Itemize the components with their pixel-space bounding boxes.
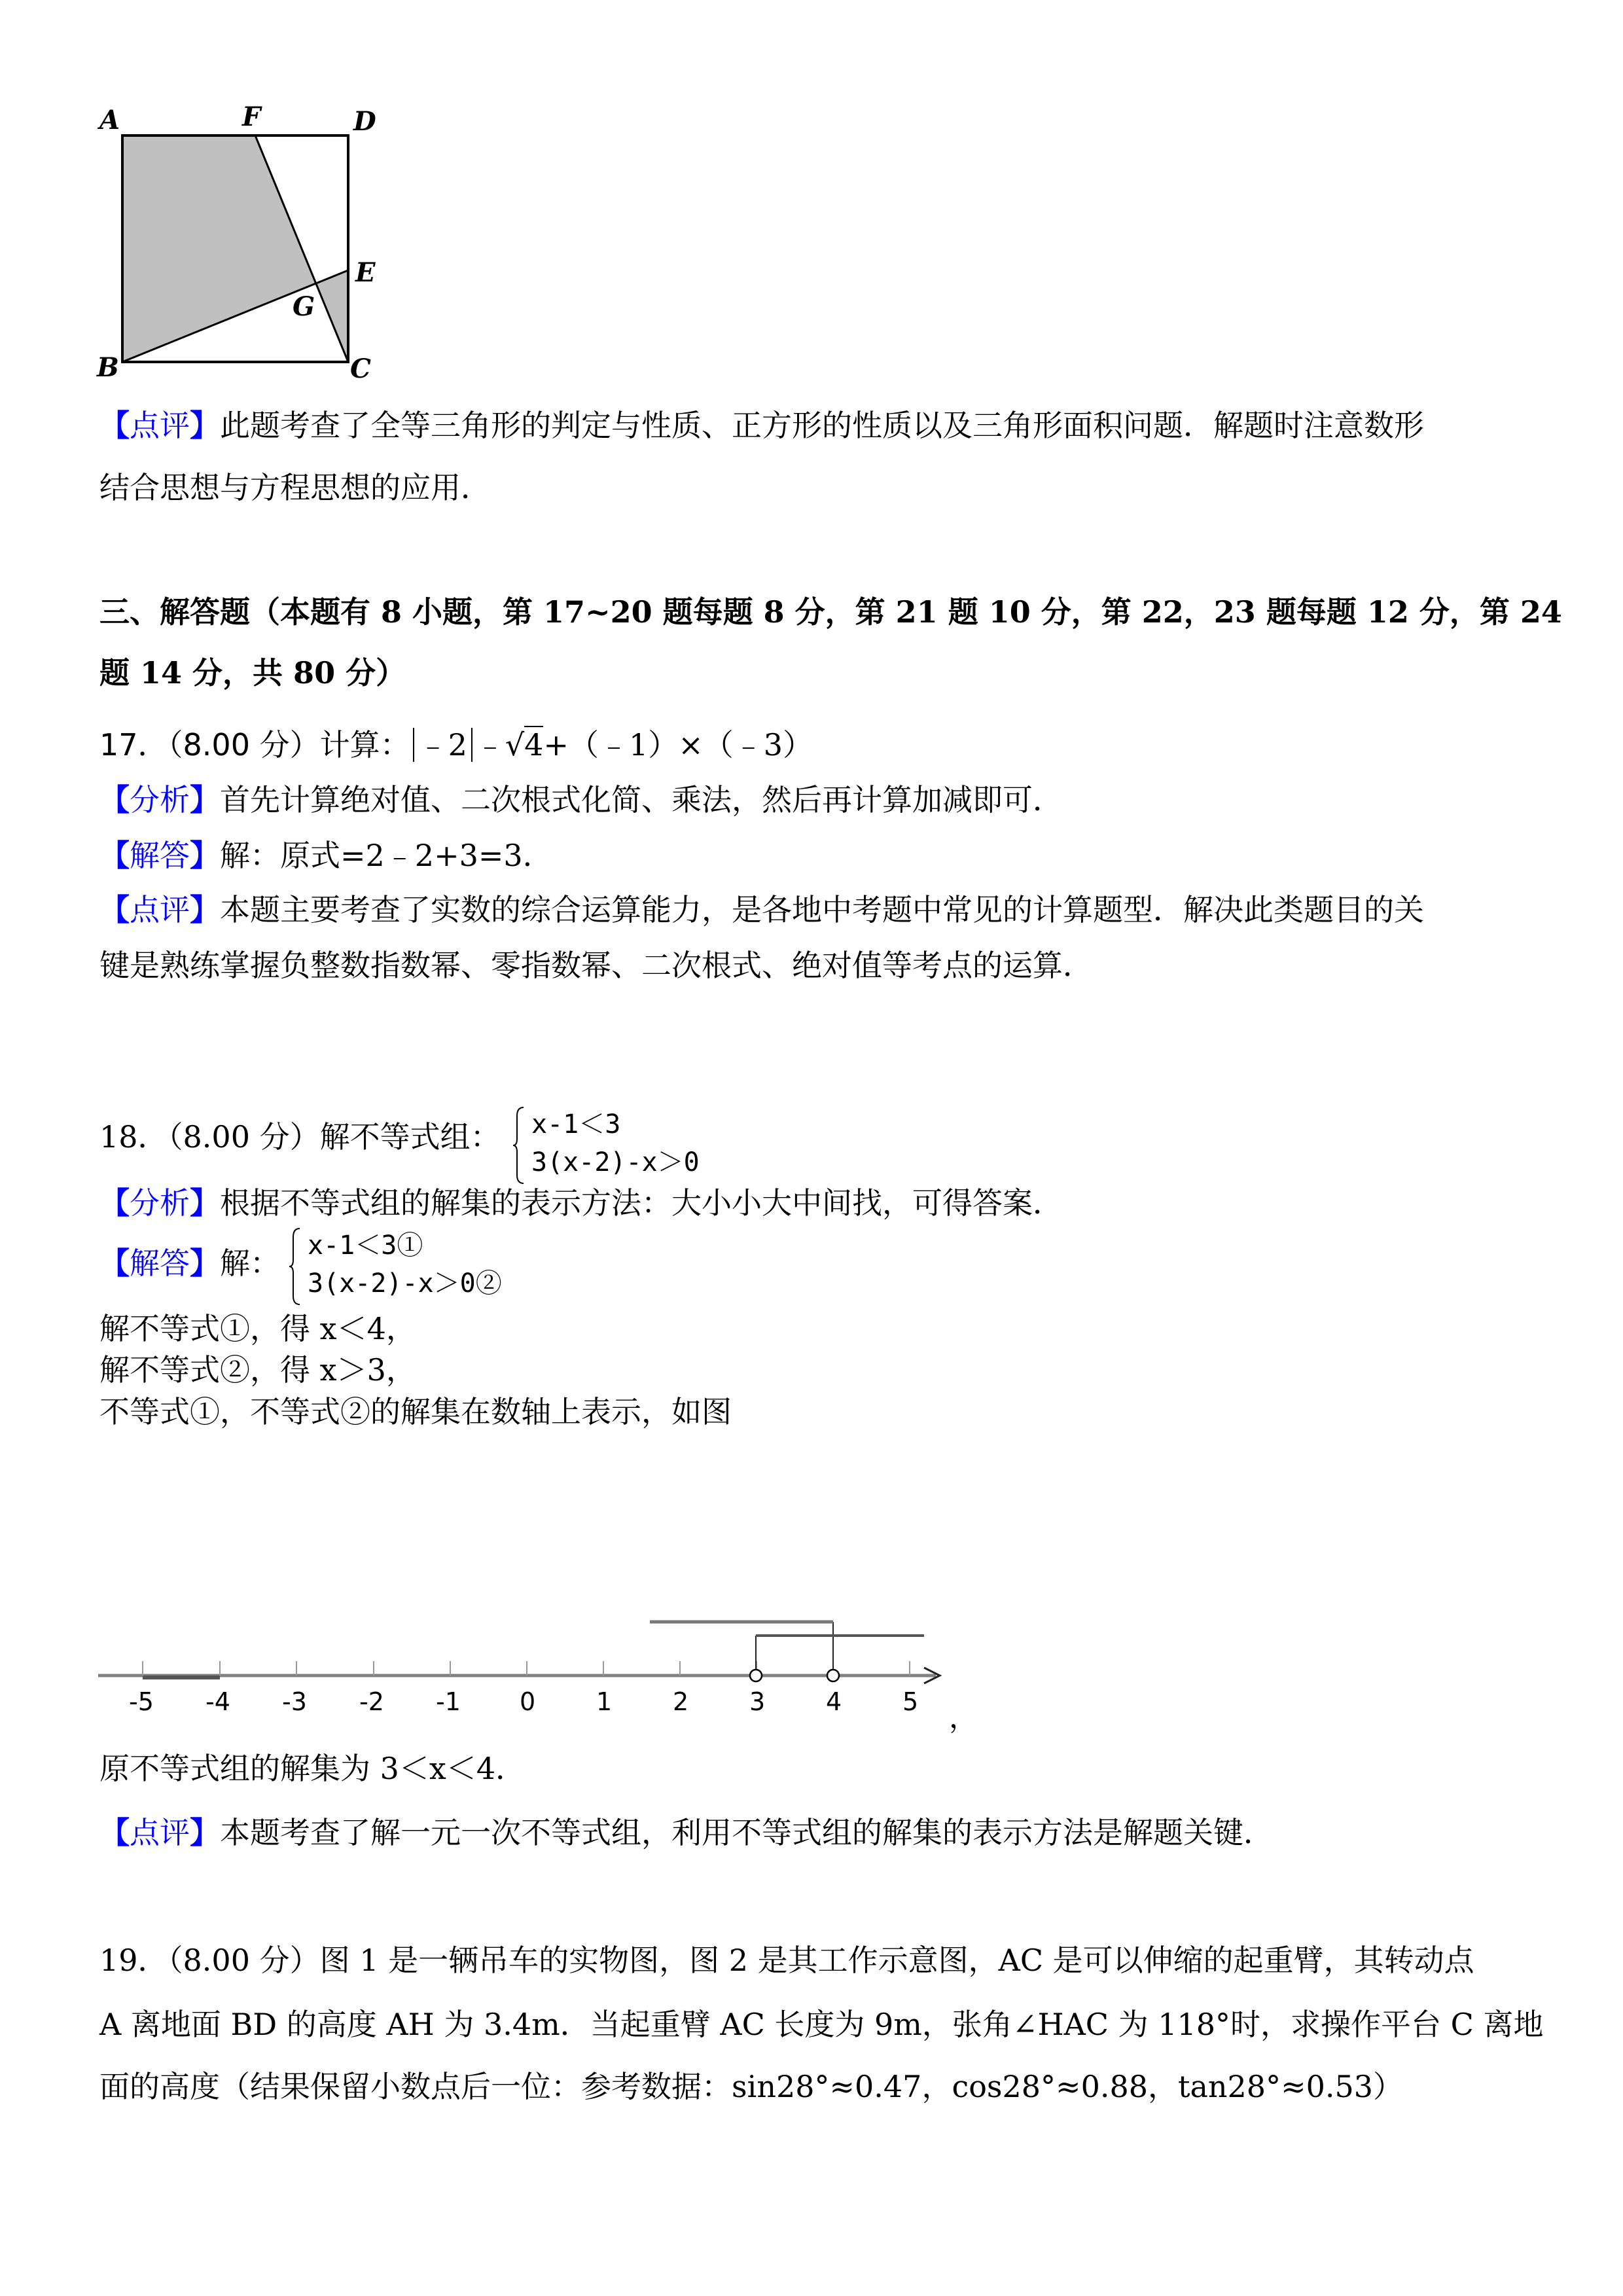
q18-step2: 解不等式②，得 x＞3， [99,1350,416,1390]
q18-answer: 【解答】解： [99,1244,280,1283]
q18-conclusion: 原不等式组的解集为 3＜x＜4． [99,1749,526,1788]
q18-inequality-system: x-1＜3 3(x-2)-x＞0 [512,1106,787,1185]
tick-label: 1 [596,1687,612,1716]
tick-label: 4 [826,1687,842,1716]
review-q16-line1: 【点评】此题考查了全等三角形的判定与性质、正方形的性质以及三角形面积问题．解题时… [99,406,1424,445]
q18-answer-system: x-1＜3① 3(x-2)-x＞0② [288,1227,563,1306]
answer-system-row-2: 3(x-2)-x＞0② [308,1268,502,1299]
tick-label: -3 [282,1687,307,1716]
section-header-line2: 题 14 分，共 80 分） [99,653,406,692]
q17-review-line2: 键是熟练掌握负整数指数幂、零指数幂、二次根式、绝对值等考点的运算． [99,946,1093,985]
q18-question: 18．（8.00 分）解不等式组： [99,1117,501,1157]
q19-line2: A 离地面 BD 的高度 AH 为 3.4m．当起重臂 AC 长度为 9m，张角… [99,2005,1543,2044]
tick-label: -1 [436,1687,461,1716]
tick-label: 0 [520,1687,535,1716]
q18-step1: 解不等式①，得 x＜4， [99,1309,416,1348]
sqrt-symbol: √ [505,727,524,762]
point-label-c: C [350,353,371,384]
q17-review-line1: 【点评】本题主要考查了实数的综合运算能力，是各地中考题中常见的计算题型．解决此类… [99,890,1424,929]
brace-icon [512,1106,526,1185]
q19-line1: 19．（8.00 分）图 1 是一辆吊车的实物图，图 2 是其工作示意图，AC … [99,1941,1474,1980]
trailing-comma: ， [949,1694,978,1736]
system-row-1: x-1＜3 [531,1109,620,1140]
tick-label: 5 [902,1687,918,1716]
system-row-2: 3(x-2)-x＞0 [531,1147,700,1178]
point-label-b: B [97,352,119,383]
q18-analysis: 【分析】根据不等式组的解集的表示方法：大小小大中间找，可得答案． [99,1183,1063,1223]
q17-answer: 【解答】解：原式=2﹣2+3=3． [99,836,553,875]
q18-review: 【点评】本题考查了解一元一次不等式组，利用不等式组的解集的表示方法是解题关键． [99,1813,1274,1852]
review-tag: 【点评】 [99,408,220,443]
answer-system-row-1: x-1＜3① [308,1230,423,1261]
tick-label: 3 [749,1687,765,1716]
tick-label: -5 [129,1687,154,1716]
review-q16-line2: 结合思想与方程思想的应用． [99,468,491,507]
tick-label: -2 [359,1687,384,1716]
point-label-a: A [99,105,120,135]
q17-question: 17．（8.00 分）计算：﹣2﹣√4+（﹣1）×（﹣3） [99,725,813,764]
tick-label: -4 [205,1687,230,1716]
q18-step3: 不等式①，不等式②的解集在数轴上表示，如图 [99,1392,732,1431]
point-label-e: E [355,257,376,288]
q17-analysis: 【分析】首先计算绝对值、二次根式化简、乘法，然后再计算加减即可． [99,780,1063,819]
point-label-g: G [293,291,315,322]
tick-label: 2 [673,1687,688,1716]
point-label-d: D [353,106,376,137]
brace-icon [288,1227,302,1306]
section-header-line1: 三、解答题（本题有 8 小题，第 17~20 题每题 8 分，第 21 题 10… [99,592,1562,632]
q19-line3: 面的高度（结果保留小数点后一位：参考数据：sin28°≈0.47，cos28°≈… [99,2067,1403,2106]
abs-value: ﹣2 [413,728,473,762]
square-diagram [0,0,1623,458]
point-label-f: F [242,101,260,132]
